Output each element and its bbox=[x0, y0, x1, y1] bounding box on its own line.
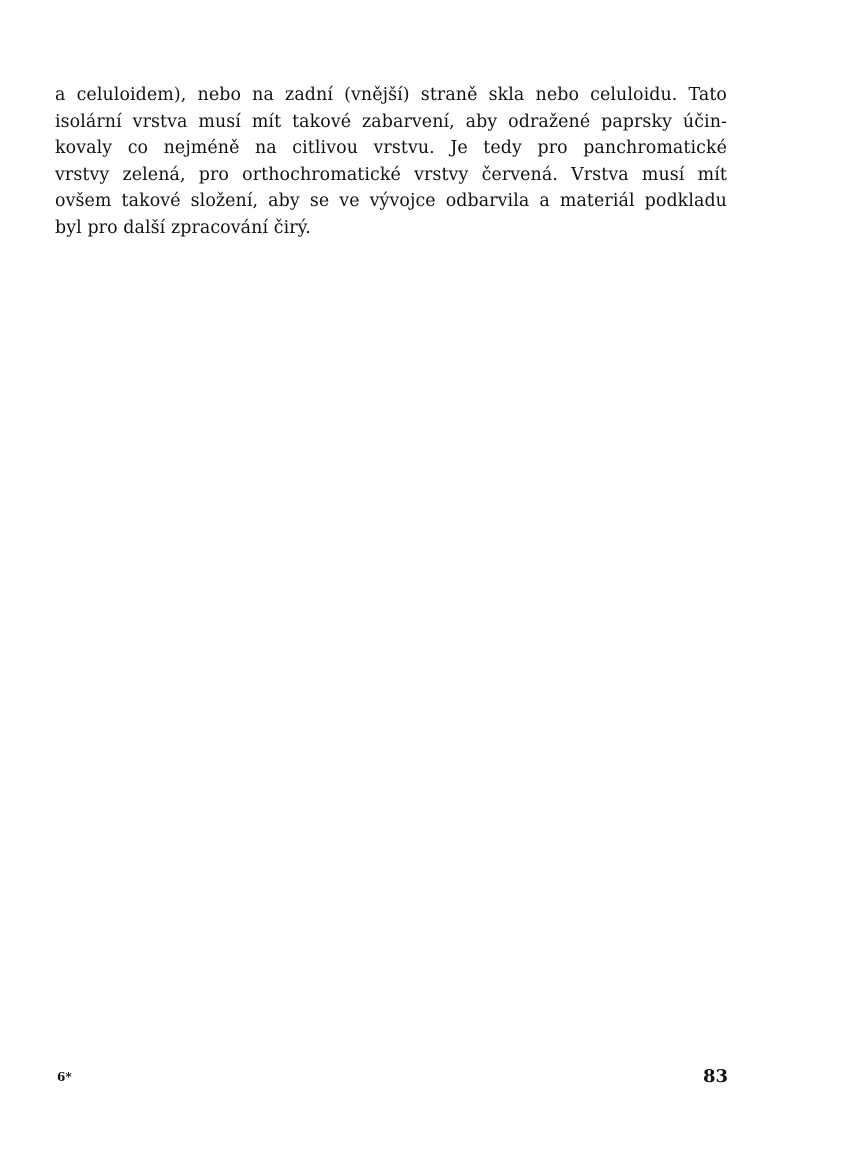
text-line-3: kovaly co nejméně na citlivou vrstvu. Je… bbox=[55, 135, 727, 162]
text-line-4: vrstvy zelená, pro orthochromatické vrst… bbox=[55, 162, 727, 189]
paragraph: a celuloidem), nebo na zadní (vnější) st… bbox=[55, 82, 727, 241]
text-line-6: byl pro další zpracování čirý. bbox=[55, 215, 727, 242]
text-line-1: a celuloidem), nebo na zadní (vnější) st… bbox=[55, 82, 727, 109]
text-line-5: ovšem takové složení, aby se ve vývojce … bbox=[55, 188, 727, 215]
signature-mark: 6* bbox=[57, 1070, 72, 1084]
text-line-2: isolární vrstva musí mít takové zabarven… bbox=[55, 109, 727, 136]
page-number: 83 bbox=[703, 1066, 728, 1087]
document-page: a celuloidem), nebo na zadní (vnější) st… bbox=[0, 0, 847, 1157]
